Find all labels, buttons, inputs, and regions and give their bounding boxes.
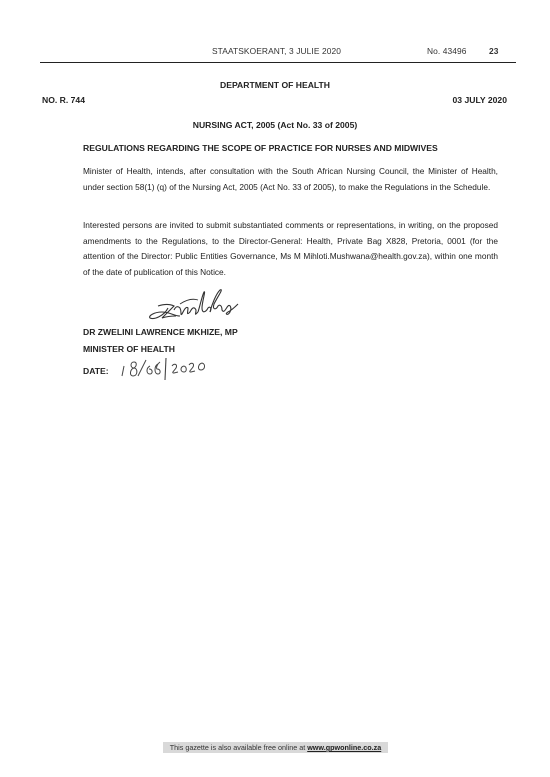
gazette-title: STAATSKOERANT, 3 JULIE 2020 bbox=[212, 46, 341, 56]
handwritten-date: 18/06/2020 bbox=[118, 356, 218, 382]
regulation-title: REGULATIONS REGARDING THE SCOPE OF PRACT… bbox=[83, 143, 438, 153]
page-number: 23 bbox=[489, 46, 499, 56]
act-title: NURSING ACT, 2005 (Act No. 33 of 2005) bbox=[0, 120, 550, 130]
notice-number: NO. R. 744 bbox=[42, 95, 85, 105]
department-heading: DEPARTMENT OF HEALTH bbox=[0, 80, 550, 90]
header-divider bbox=[40, 62, 516, 63]
running-header: STAATSKOERANT, 3 JULIE 2020 No. 43496 23 bbox=[40, 46, 516, 60]
comments-paragraph: Interested persons are invited to submit… bbox=[83, 218, 498, 280]
notice-date: 03 JULY 2020 bbox=[453, 95, 507, 105]
gazette-number: No. 43496 bbox=[427, 46, 467, 56]
footer-text: This gazette is also available free onli… bbox=[170, 743, 307, 752]
footer-banner: This gazette is also available free onli… bbox=[163, 742, 388, 753]
intent-paragraph: Minister of Health, intends, after consu… bbox=[83, 164, 498, 195]
date-label: DATE: bbox=[83, 366, 109, 376]
gazette-page: STAATSKOERANT, 3 JULIE 2020 No. 43496 23… bbox=[0, 0, 550, 777]
signatory-title: MINISTER OF HEALTH bbox=[83, 344, 175, 354]
footer-website-link[interactable]: www.gpwonline.co.za bbox=[307, 743, 381, 752]
signatory-name: DR ZWELINI LAWRENCE MKHIZE, MP bbox=[83, 327, 238, 337]
signature-image bbox=[140, 286, 240, 326]
